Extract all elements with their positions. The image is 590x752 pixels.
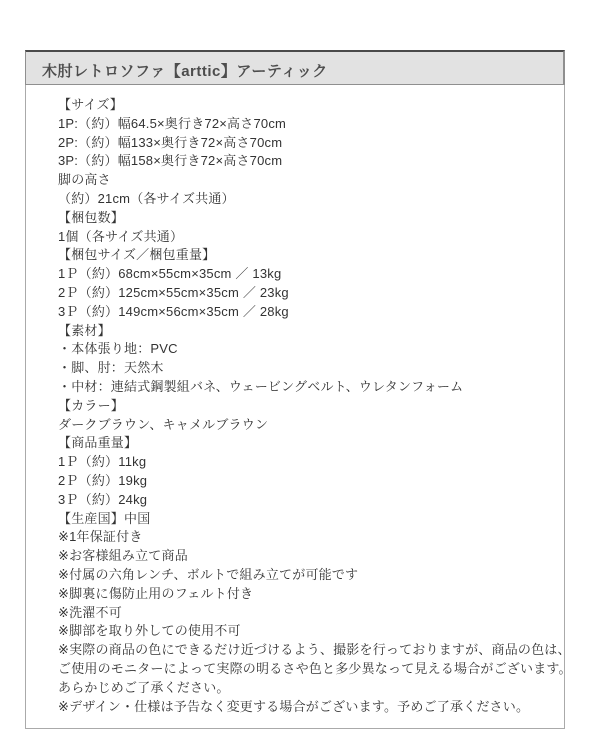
- spec-line: （約）21cm（各サイズ共通）: [58, 190, 550, 209]
- product-spec-page: 木肘レトロソファ【arttic】アーティック 【サイズ】1P:（約）幅64.5×…: [0, 0, 590, 752]
- spec-line: 2P:（約）幅133×奥行き72×高さ70cm: [58, 134, 550, 153]
- spec-line: 2Ｐ（約）19kg: [58, 472, 550, 491]
- spec-line: ※お客様組み立て商品: [58, 547, 550, 566]
- spec-line: 【素材】: [58, 322, 550, 341]
- spec-line: 1P:（約）幅64.5×奥行き72×高さ70cm: [58, 115, 550, 134]
- spec-line: ご使用のモニターによって実際の明るさや色と多少異なって見える場合がございます。: [58, 660, 550, 679]
- spec-line: ダークブラウン、キャメルブラウン: [58, 416, 550, 435]
- spec-line: 【商品重量】: [58, 434, 550, 453]
- spec-header: 木肘レトロソファ【arttic】アーティック: [25, 50, 565, 85]
- spec-body: 【サイズ】1P:（約）幅64.5×奥行き72×高さ70cm2P:（約）幅133×…: [25, 85, 565, 729]
- spec-line: 3Ｐ（約）149cm×56cm×35cm ／ 28kg: [58, 303, 550, 322]
- spec-box: 木肘レトロソファ【arttic】アーティック 【サイズ】1P:（約）幅64.5×…: [25, 50, 565, 729]
- spec-line: ※脚部を取り外しての使用不可: [58, 622, 550, 641]
- spec-line: 【梱包数】: [58, 209, 550, 228]
- product-title: 木肘レトロソファ【arttic】アーティック: [42, 63, 328, 80]
- spec-line: ・脚、肘：天然木: [58, 359, 550, 378]
- spec-line: ※脚裏に傷防止用のフェルト付き: [58, 585, 550, 604]
- spec-line: ※付属の六角レンチ、ボルトで組み立てが可能です: [58, 566, 550, 585]
- spec-line: 1Ｐ（約）68cm×55cm×35cm ／ 13kg: [58, 265, 550, 284]
- spec-line: ※実際の商品の色にできるだけ近づけるよう、撮影を行っておりますが、商品の色は、: [58, 641, 550, 660]
- spec-line: ※デザイン・仕様は予告なく変更する場合がございます。予めご了承ください。: [58, 698, 550, 717]
- spec-line: 【生産国】中国: [58, 510, 550, 529]
- spec-line: ・中材：連結式鋼製組バネ、ウェービングベルト、ウレタンフォーム: [58, 378, 550, 397]
- spec-line: あらかじめご了承ください。: [58, 679, 550, 698]
- spec-line: ・本体張り地：PVC: [58, 340, 550, 359]
- spec-line: ※1年保証付き: [58, 528, 550, 547]
- spec-line: 1Ｐ（約）11kg: [58, 453, 550, 472]
- spec-line: 1個（各サイズ共通）: [58, 228, 550, 247]
- spec-line: 3Ｐ（約）24kg: [58, 491, 550, 510]
- spec-line: 【梱包サイズ／梱包重量】: [58, 246, 550, 265]
- spec-line: 脚の高さ: [58, 171, 550, 190]
- spec-line: 【サイズ】: [58, 96, 550, 115]
- spec-line: ※洗濯不可: [58, 604, 550, 623]
- spec-line: 3P:（約）幅158×奥行き72×高さ70cm: [58, 152, 550, 171]
- spec-line: 【カラー】: [58, 397, 550, 416]
- spec-line: 2Ｐ（約）125cm×55cm×35cm ／ 23kg: [58, 284, 550, 303]
